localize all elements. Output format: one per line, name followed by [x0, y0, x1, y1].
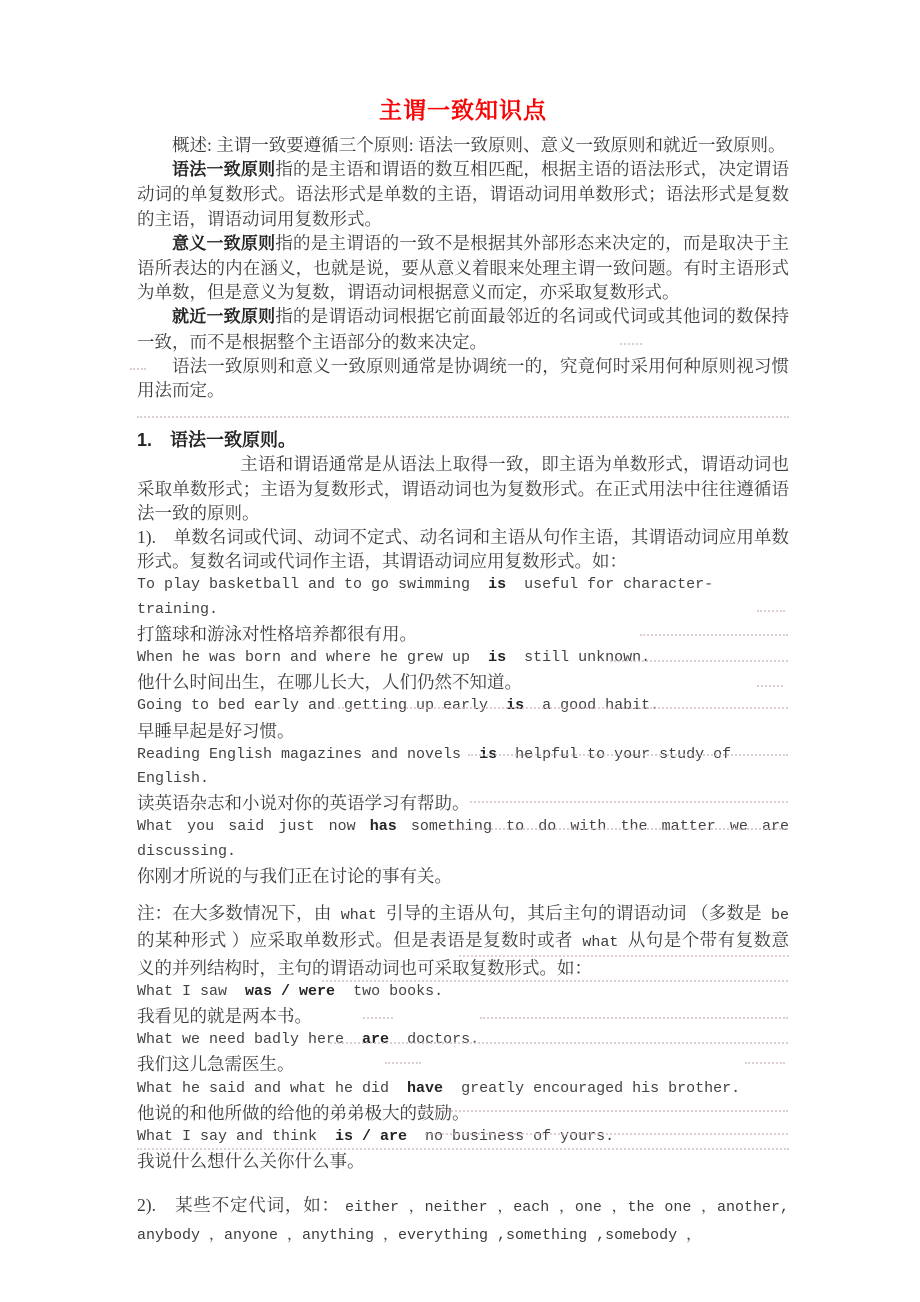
english-example-line: To play basketball and to go swimming is… — [137, 573, 789, 621]
text-segment: be — [762, 907, 789, 924]
english-example-line: What we need badly here are doctors. — [137, 1028, 789, 1052]
document-body: 概述: 主谓一致要遵循三个原则: 语法一致原则、意义一致原则和就近一致原则。语法… — [137, 133, 789, 1248]
text-segment: What I say and think — [137, 1128, 326, 1145]
dotted-underline-artifact — [468, 754, 788, 756]
text-segment: 他说的和他所做的给他的弟弟极大的鼓励。 — [137, 1103, 470, 1123]
english-example-line: What you said just now has something to … — [137, 815, 789, 863]
dotted-underline-artifact — [130, 368, 146, 370]
text-segment: To play basketball and to go swimming — [137, 576, 479, 593]
emphasized-text: is — [479, 649, 515, 666]
dotted-underline-artifact — [745, 1062, 785, 1064]
dotted-underline-artifact — [330, 1042, 788, 1044]
dotted-underline-artifact — [757, 610, 785, 612]
section-heading: 1. 语法一致原则。 — [137, 428, 789, 452]
emphasized-text: 语法一致原则 — [172, 160, 275, 179]
text-segment: doctors. — [398, 1031, 479, 1048]
emphasized-text: has — [370, 818, 397, 835]
paragraph: 语法一致原则指的是主语和谓语的数互相匹配，根据主语的语法形式，决定谓语动词的单复… — [137, 157, 789, 231]
dotted-underline-artifact — [610, 660, 788, 662]
text-segment: 他什么时间出生，在哪儿长大，人们仍然不知道。 — [137, 672, 522, 692]
paragraph: 就近一致原则指的是谓语动词根据它前面最邻近的名词或代词或其他词的数保持一致，而不… — [137, 304, 789, 353]
text-segment: 1). 单数名词或代词、动词不定式、动名词和主语从句作主语，其谓语动词应用单数形… — [137, 527, 789, 571]
dotted-underline-artifact — [363, 1017, 393, 1019]
emphasized-text: 意义一致原则 — [172, 234, 275, 253]
dotted-underline-artifact — [459, 955, 789, 957]
emphasized-text: have — [398, 1080, 452, 1097]
text-segment: 读英语杂志和小说对你的英语学习有帮助。 — [137, 793, 470, 813]
emphasized-text: was / were — [236, 983, 344, 1000]
text-segment: 注：在大多数情况下，由 — [137, 903, 332, 923]
emphasized-text: is / are — [326, 1128, 416, 1145]
text-segment: Reading English magazines and novels — [137, 746, 470, 763]
paragraph: 语法一致原则和意义一致原则通常是协调统一的，究竟何时采用何种原则视习惯用法而定。 — [137, 354, 789, 402]
text-segment: 早睡早起是好习惯。 — [137, 721, 295, 741]
text-segment: 我们这儿急需医生。 — [137, 1054, 295, 1074]
text-segment: greatly encouraged his brother. — [452, 1080, 740, 1097]
document-page: 主谓一致知识点 概述: 主谓一致要遵循三个原则: 语法一致原则、意义一致原则和就… — [0, 0, 920, 1302]
emphasized-text: 1. 语法一致原则。 — [137, 430, 296, 450]
text-segment: What we need badly here — [137, 1031, 353, 1048]
text-segment: no business of yours. — [416, 1128, 614, 1145]
english-example-line: What he said and what he did have greatl… — [137, 1077, 789, 1101]
text-segment: What he said and what he did — [137, 1080, 398, 1097]
dotted-underline-artifact — [137, 416, 789, 418]
numbered-paragraph: 1). 单数名词或代词、动词不定式、动名词和主语从句作主语，其谓语动词应用单数形… — [137, 525, 789, 573]
text-segment: 你刚才所说的与我们正在讨论的事有关。 — [137, 866, 452, 886]
chinese-translation-line: 他说的和他所做的给他的弟弟极大的鼓励。 — [137, 1101, 789, 1125]
emphasized-text: is — [479, 576, 515, 593]
text-segment: Going to bed early and getting up early — [137, 697, 497, 714]
page-title: 主谓一致知识点 — [137, 96, 789, 124]
emphasized-text: are — [353, 1031, 398, 1048]
chinese-translation-line: 你刚才所说的与我们正在讨论的事有关。 — [137, 864, 789, 888]
dotted-underline-artifact — [640, 634, 788, 636]
text-segment: what — [573, 934, 628, 951]
text-segment: What I saw — [137, 983, 236, 1000]
text-segment: 概述: 主谓一致要遵循三个原则: 语法一致原则、意义一致原则和就近一致原则。 — [172, 135, 785, 155]
text-segment: 的某种形式 ）应采取单数形式。但是表语是复数时或者 — [137, 930, 573, 950]
dotted-underline-artifact — [385, 1062, 421, 1064]
chinese-translation-line: 读英语杂志和小说对你的英语学习有帮助。 — [137, 791, 789, 815]
emphasized-text: 就近一致原则 — [172, 307, 275, 326]
english-example-line: What I say and think is / are no busines… — [137, 1125, 789, 1149]
dotted-underline-artifact — [448, 828, 788, 830]
dotted-underline-artifact — [420, 1110, 788, 1112]
dotted-underline-artifact — [425, 1133, 788, 1135]
text-segment: two books. — [344, 983, 443, 1000]
indefinite-pronouns-line: 2). 某些不定代词，如： either ，neither ，each ，one… — [137, 1193, 789, 1247]
dotted-underline-artifact — [480, 1017, 788, 1019]
text-segment: still unknown. — [515, 649, 650, 666]
text-segment: 2). 某些不定代词，如： — [137, 1195, 345, 1215]
english-example-line: Reading English magazines and novels is … — [137, 743, 789, 791]
text-segment: 我看见的就是两本书。 — [137, 1006, 312, 1026]
chinese-translation-line: 早睡早起是好习惯。 — [137, 719, 789, 743]
english-example-line: When he was born and where he grew up is… — [137, 646, 789, 670]
dotted-underline-artifact — [757, 685, 783, 687]
text-segment: a good habit. — [533, 697, 659, 714]
text-segment: 打篮球和游泳对性格培养都很有用。 — [137, 624, 417, 644]
dotted-underline-artifact — [333, 707, 788, 709]
document-content: 主谓一致知识点 概述: 主谓一致要遵循三个原则: 语法一致原则、意义一致原则和就… — [137, 96, 789, 1248]
note-paragraph: 注：在大多数情况下，由 what 引导的主语从句，其后主句的谓语动词 （多数是 … — [137, 901, 789, 980]
chinese-translation-line: 我们这儿急需医生。 — [137, 1052, 789, 1076]
text-segment: what — [332, 907, 386, 924]
text-segment: 引导的主语从句，其后主句的谓语动词 （多数是 — [386, 903, 762, 923]
text-segment: 我说什么想什么关你什么事。 — [137, 1151, 365, 1171]
text-segment: 语法一致原则和意义一致原则通常是协调统一的，究竟何时采用何种原则视习惯用法而定。 — [137, 356, 789, 400]
chinese-translation-line: 我看见的就是两本书。 — [137, 1004, 789, 1028]
paragraph: 概述: 主谓一致要遵循三个原则: 语法一致原则、意义一致原则和就近一致原则。 — [137, 133, 789, 157]
dotted-underline-artifact — [322, 980, 788, 982]
emphasized-text: is — [497, 697, 533, 714]
text-segment: 主语和谓语通常是从语法上取得一致，即主语为单数形式，谓语动词也采取单数形式；主语… — [137, 454, 789, 522]
dotted-underline-artifact — [470, 801, 788, 803]
dotted-underline-artifact — [137, 1148, 789, 1150]
paragraph: 主语和谓语通常是从语法上取得一致，即主语为单数形式，谓语动词也采取单数形式；主语… — [137, 452, 789, 525]
text-segment: When he was born and where he grew up — [137, 649, 479, 666]
text-segment: What you said just now — [137, 818, 370, 835]
english-example-line: What I saw was / were two books. — [137, 980, 789, 1004]
paragraph: 意义一致原则指的是主谓语的一致不是根据其外部形态来决定的，而是取决于主语所表达的… — [137, 231, 789, 305]
chinese-translation-line: 他什么时间出生，在哪儿长大，人们仍然不知道。 — [137, 670, 789, 694]
chinese-translation-line: 我说什么想什么关你什么事。 — [137, 1149, 789, 1173]
dotted-underline-artifact — [620, 343, 642, 345]
